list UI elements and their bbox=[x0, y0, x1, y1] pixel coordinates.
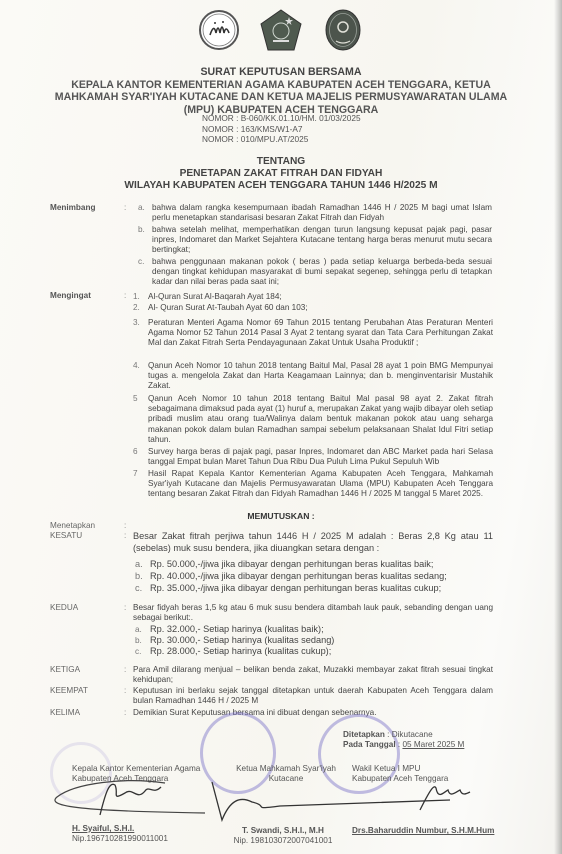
colon: : bbox=[124, 603, 126, 612]
tanggal-label: Pada Tanggal bbox=[343, 740, 396, 749]
signatory-title: Ketua Mahkamah Syar'iyah bbox=[236, 764, 336, 774]
page-edge-shadow bbox=[554, 0, 562, 854]
fidyah-rate-sedang: Rp. 30.000,- Setiap harinya (kualitas se… bbox=[150, 635, 495, 647]
item-marker: c. bbox=[135, 583, 142, 593]
kesatu-text: Besar Zakat fitrah perjiwa tahun 1446 H … bbox=[133, 531, 493, 554]
mengingat-item-7: Hasil Rapat Kepala Kantor Kementerian Ag… bbox=[148, 469, 493, 500]
signatory-name: Drs.Baharuddin Numbur, S.H.M.Hum bbox=[352, 826, 494, 836]
header-line-2: MAHKAMAH SYAR'IYAH KUTACANE DAN KETUA MA… bbox=[0, 91, 562, 104]
signature-mpu bbox=[400, 780, 490, 820]
keempat-text: Keputusan ini berlaku sejak tanggal dite… bbox=[133, 686, 493, 706]
document-header: SURAT KEPUTUSAN BERSAMA KEPALA KANTOR KE… bbox=[0, 66, 562, 116]
subject-block: TENTANG PENETAPAN ZAKAT FITRAH DAN FIDYA… bbox=[0, 156, 562, 192]
mengingat-item-2: Al- Quran Surat At-Taubah Ayat 60 dan 10… bbox=[148, 303, 493, 313]
ketiga-text: Para Amil dilarang menjual – belikan ben… bbox=[133, 665, 493, 685]
item-marker: a. bbox=[135, 559, 143, 569]
colon: : bbox=[124, 531, 126, 540]
ditetapkan-place: : Dikutacane bbox=[387, 730, 433, 739]
document-page: SURAT KEPUTUSAN BERSAMA KEPALA KANTOR KE… bbox=[0, 0, 562, 854]
item-marker: a. bbox=[138, 203, 145, 212]
item-marker: b. bbox=[135, 571, 143, 581]
zakat-rate-sedang: Rp. 40.000,-/jiwa jika dibayar dengan pe… bbox=[150, 571, 495, 583]
subject-line-2: WILAYAH KABUPATEN ACEH TENGGARA TAHUN 14… bbox=[0, 180, 562, 192]
mengingat-item-5: Qanun Aceh Nomor 10 tahun 2018 tentang B… bbox=[148, 394, 493, 445]
signatory-mpu-name-block: Drs.Baharuddin Numbur, S.H.M.Hum bbox=[352, 826, 494, 836]
fidyah-rate-cukup: Rp. 28.000,- Setiap harinya (kualitas cu… bbox=[150, 646, 495, 658]
item-marker: 4. bbox=[133, 361, 140, 370]
oval-emblem-icon bbox=[321, 8, 365, 52]
item-marker: b. bbox=[135, 636, 142, 645]
kesatu-label: KESATU bbox=[50, 531, 82, 540]
menetapkan-label: Menetapkan bbox=[50, 521, 95, 530]
colon: : bbox=[124, 203, 126, 212]
kelima-text: Demikian Surat Keputusan bersama ini dib… bbox=[133, 708, 493, 718]
pentagon-emblem-icon bbox=[259, 8, 303, 52]
nomor-mpu: NOMOR : 010/MPU.AT/2025 bbox=[202, 134, 361, 145]
menimbang-label: Menimbang bbox=[50, 203, 96, 212]
subject-line-1: PENETAPAN ZAKAT FITRAH DAN FIDYAH bbox=[0, 168, 562, 180]
mengingat-item-3: Peraturan Menteri Agama Nomor 69 Tahun 2… bbox=[148, 318, 493, 349]
zakat-rate-baik: Rp. 50.000,-/jiwa jika dibayar dengan pe… bbox=[150, 559, 495, 571]
item-marker: 6 bbox=[133, 447, 138, 456]
menimbang-item-c: bahwa penggunaan makanan pokok ( beras )… bbox=[152, 257, 492, 288]
item-marker: 7 bbox=[133, 469, 138, 478]
ulama-calligraphy-logo bbox=[197, 8, 241, 52]
tentang-label: TENTANG bbox=[0, 156, 562, 168]
signatory-title: Wakil Ketua I MPU bbox=[352, 764, 448, 774]
signatory-nip: Nip.196710281990011001 bbox=[72, 834, 168, 844]
mahkamah-syariyah-logo bbox=[321, 8, 365, 52]
nomor-block: NOMOR : B-060/KK.01.10/HM. 01/03/2025 NO… bbox=[202, 113, 361, 145]
colon: : bbox=[124, 521, 126, 530]
mengingat-item-1: Al-Quran Surat Al-Baqarah Ayat 184; bbox=[148, 292, 493, 302]
header-line-1: KEPALA KANTOR KEMENTERIAN AGAMA KABUPATE… bbox=[0, 79, 562, 92]
kelima-label: KELIMA bbox=[50, 708, 80, 717]
ditetapkan-block: Ditetapkan : Dikutacane Pada Tanggal : 0… bbox=[343, 730, 464, 750]
colon: : bbox=[124, 665, 126, 674]
kedua-text: Besar fidyah beras 1,5 kg atau 6 muk sus… bbox=[133, 603, 493, 623]
colon: : bbox=[124, 291, 126, 300]
item-marker: b. bbox=[138, 225, 145, 234]
kemenag-logo bbox=[259, 8, 303, 52]
menimbang-item-a: bahwa dalam rangka kesempurnaan ibadah R… bbox=[152, 203, 492, 223]
menimbang-item-b: bahwa setelah melihat, memperhatikan den… bbox=[152, 225, 492, 256]
memutuskan-heading: MEMUTUSKAN : bbox=[0, 511, 562, 521]
item-marker: a. bbox=[135, 625, 142, 634]
mengingat-label: Mengingat bbox=[50, 291, 91, 300]
colon: : bbox=[124, 708, 126, 717]
signatory-name: T. Swandi, S.H.I., M.H bbox=[233, 826, 333, 836]
nomor-mahkamah: NOMOR : 163/KMS/W1-A7 bbox=[202, 124, 361, 135]
tanggal-value: 05 Maret 2025 M bbox=[402, 740, 464, 749]
colon: : bbox=[124, 686, 126, 695]
item-marker: 2. bbox=[133, 303, 140, 312]
item-marker: c. bbox=[135, 647, 141, 656]
item-marker: 3. bbox=[133, 318, 140, 327]
signatory-mahkamah-name-block: T. Swandi, S.H.I., M.H Nip. 198103072007… bbox=[233, 826, 333, 846]
kedua-label: KEDUA bbox=[50, 603, 78, 612]
nomor-kemenag: NOMOR : B-060/KK.01.10/HM. 01/03/2025 bbox=[202, 113, 361, 124]
signatory-kemenag-name-block: H. Syaiful, S.H.I. Nip.19671028199001100… bbox=[72, 824, 168, 844]
item-marker: 1. bbox=[133, 292, 140, 301]
fidyah-rate-baik: Rp. 32.000,- Setiap harinya (kualitas ba… bbox=[150, 624, 495, 636]
signature-kemenag bbox=[45, 775, 215, 825]
keempat-label: KEEMPAT bbox=[50, 686, 88, 695]
item-marker: c. bbox=[138, 257, 144, 266]
zakat-rate-cukup: Rp. 35.000,-/jiwa jika dibayar dengan pe… bbox=[150, 583, 495, 595]
signatory-name: H. Syaiful, S.H.I. bbox=[72, 824, 168, 834]
ketiga-label: KETIGA bbox=[50, 665, 80, 674]
item-marker: 5 bbox=[133, 394, 138, 403]
logo-row bbox=[0, 8, 562, 52]
mengingat-item-6: Survey harga beras di pajak pagi, pasar … bbox=[148, 447, 493, 467]
document-title: SURAT KEPUTUSAN BERSAMA bbox=[0, 66, 562, 79]
ditetapkan-label: Ditetapkan bbox=[343, 730, 385, 739]
mengingat-item-4: Qanun Aceh Nomor 10 tahun 2018 tentang B… bbox=[148, 361, 493, 392]
signatory-nip: Nip. 198103072007041001 bbox=[233, 836, 333, 846]
arabic-calligraphy-icon bbox=[197, 8, 241, 52]
signatory-title: Kepala Kantor Kementerian Agama bbox=[72, 764, 200, 774]
